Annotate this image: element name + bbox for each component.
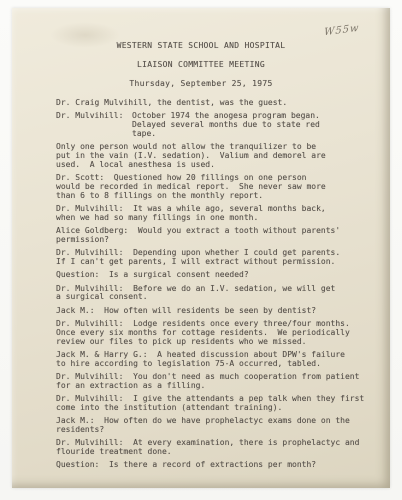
speaker-label: Alice Goldberg:	[56, 226, 138, 235]
meeting-entry: Jack M.: How often will residents be see…	[56, 307, 372, 316]
entry-text: Only one person would not allow the tran…	[56, 142, 326, 169]
speaker-label: Dr. Mulvihill:	[56, 372, 133, 381]
entry-text: Dr. Craig Mulvihill, the dentist, was th…	[56, 98, 287, 107]
meeting-entry: Dr. Mulvihill: October 1974 the anogesa …	[56, 112, 372, 138]
speaker-label: Dr. Mulvihill:	[56, 248, 133, 257]
document-date: Thursday, September 25, 1975	[56, 74, 346, 93]
meeting-entry: Dr. Mulvihill: You don't need as much co…	[56, 373, 372, 391]
speaker-label: Question:	[56, 460, 109, 469]
speaker-label: Jack M. & Harry G.:	[56, 350, 157, 359]
document-title: WESTERN STATE SCHOOL AND HOSPITAL	[56, 36, 346, 55]
speaker-label: Dr. Mulvihill:	[56, 319, 133, 328]
meeting-entry: Dr. Mulvihill: Lodge residents once ever…	[56, 320, 372, 346]
meeting-entry: Question: Is a surgical consent needed?	[56, 271, 372, 280]
meeting-entry: Alice Goldberg: Would you extract a toot…	[56, 227, 372, 245]
meeting-entry: Dr. Mulvihill: Depending upon whether I …	[56, 249, 372, 267]
document-header: WESTERN STATE SCHOOL AND HOSPITAL LIAISO…	[56, 36, 346, 93]
speaker-label: Dr. Mulvihill:	[56, 112, 132, 138]
document-subtitle: LIAISON COMMITTEE MEETING	[56, 55, 346, 74]
entry-text: How often will residents be seen by dent…	[104, 306, 316, 315]
meeting-entry: Dr. Craig Mulvihill, the dentist, was th…	[56, 99, 372, 108]
speaker-label: Dr. Mulvihill:	[56, 394, 133, 403]
scanned-document-page: W55w WESTERN STATE SCHOOL AND HOSPITAL L…	[12, 8, 390, 488]
meeting-entry: Question: Is there a record of extractio…	[56, 461, 372, 470]
meeting-entry: Dr. Mulvihill: Before we do an I.V. seda…	[56, 285, 372, 303]
entry-text: October 1974 the anogesa program began. …	[132, 112, 372, 138]
speaker-label: Dr. Scott:	[56, 173, 114, 182]
speaker-label: Jack M.:	[56, 306, 104, 315]
document-content: WESTERN STATE SCHOOL AND HOSPITAL LIAISO…	[12, 8, 390, 475]
meeting-entry: Jack M.: How often do we have prophelact…	[56, 417, 372, 435]
meeting-entry: Dr. Mulvihill: I give the attendants a p…	[56, 395, 372, 413]
speaker-label: Dr. Mulvihill:	[56, 438, 133, 447]
meeting-entry: Dr. Scott: Questioned how 20 fillings on…	[56, 174, 372, 200]
speaker-label: Dr. Mulvihill:	[56, 204, 133, 213]
speaker-label: Jack M.:	[56, 416, 104, 425]
entry-text: Is a surgical consent needed?	[109, 270, 249, 279]
speaker-label: Question:	[56, 270, 109, 279]
meeting-entry: Dr. Mulvihill: At every examination, the…	[56, 439, 372, 457]
meeting-entry: Dr. Mulvihill: It was a while ago, sever…	[56, 205, 372, 223]
scan-background: W55w WESTERN STATE SCHOOL AND HOSPITAL L…	[0, 0, 402, 500]
meeting-entry: Only one person would not allow the tran…	[56, 143, 372, 169]
meeting-entry: Jack M. & Harry G.: A heated discussion …	[56, 351, 372, 369]
entry-text: Is there a record of extractions per mon…	[109, 460, 316, 469]
